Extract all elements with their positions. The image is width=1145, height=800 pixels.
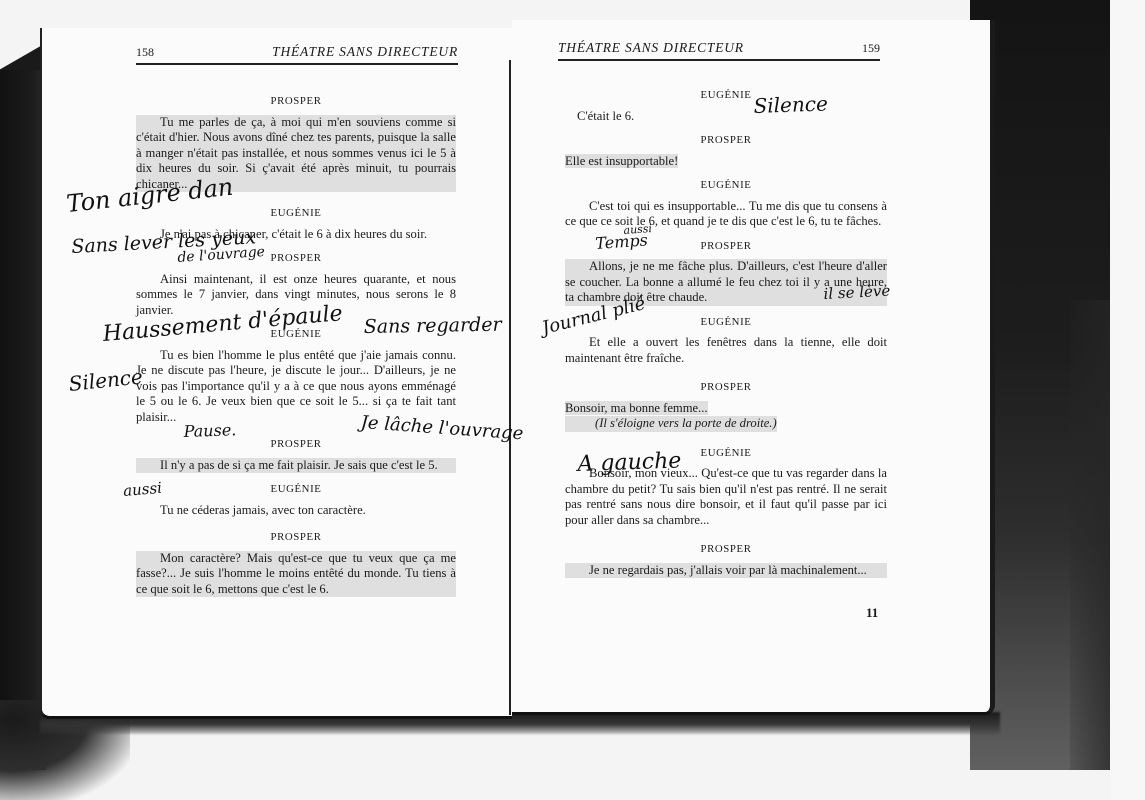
right-folio: 159 [862, 41, 880, 56]
speaker-name: EUGÉNIE [565, 178, 887, 194]
scan-margin-right [1110, 0, 1145, 800]
book-gutter [509, 60, 511, 715]
left-running-title: THÉATRE SANS DIRECTEUR [272, 44, 458, 60]
left-folio: 158 [136, 45, 154, 60]
speech-text: Tu ne céderas jamais, avec ton caractère… [136, 503, 456, 519]
dialogue-block: EUGÉNIE Tu es bien l'homme le plus entêt… [136, 327, 456, 425]
speech-text: Tu es bien l'homme le plus entêté que j'… [136, 348, 456, 426]
speaker-name: PROSPER [136, 530, 456, 546]
right-text-column: EUGÉNIE C'était le 6. PROSPER Elle est i… [565, 82, 887, 587]
speaker-name: EUGÉNIE [565, 88, 887, 104]
dialogue-block: EUGÉNIE C'était le 6. [565, 88, 887, 124]
speech-text: Mon caractère? Mais qu'est-ce que tu veu… [136, 551, 456, 598]
annotation-silence-right: Silence [753, 91, 828, 118]
speaker-name: PROSPER [136, 94, 456, 110]
speech-text-highlight: Elle est insupportable! [565, 154, 678, 168]
speaker-name: PROSPER [565, 133, 887, 149]
speaker-name: PROSPER [565, 380, 887, 396]
speech-text: C'était le 6. [565, 109, 887, 125]
speech-text: Et elle a ouvert les fenêtres dans la ti… [565, 335, 887, 366]
left-text-column: PROSPER Tu me parles de ça, à moi qui m'… [136, 88, 456, 606]
annotation-aussi-right: aussi [623, 222, 652, 237]
speaker-name: PROSPER [565, 542, 887, 558]
dialogue-block: PROSPER Il n'y a pas de si ça me fait pl… [136, 437, 456, 473]
dialogue-block: EUGÉNIE C'est toi qui es insupportable..… [565, 178, 887, 230]
speaker-name: EUGÉNIE [136, 206, 456, 222]
speech-text: Bonsoir, ma bonne femme... [565, 401, 887, 417]
annotation-aussi: aussi [122, 479, 162, 500]
annotation-il-se-leve: il se lève [823, 282, 891, 303]
speech-text: C'est toi qui es insupportable... Tu me … [565, 199, 887, 230]
annotation-pause: Pause. [183, 420, 236, 441]
speech-text: Je ne regardais pas, j'allais voir par l… [565, 563, 887, 579]
sheet-number: 11 [866, 605, 878, 621]
stage-direction: (Il s'éloigne vers la porte de droite.) [565, 416, 777, 432]
speech-text: Elle est insupportable! [565, 154, 887, 170]
dialogue-block: PROSPER Mon caractère? Mais qu'est-ce qu… [136, 530, 456, 597]
dialogue-block: EUGÉNIE Et elle a ouvert les fenêtres da… [565, 315, 887, 367]
dialogue-block: EUGÉNIE Tu ne céderas jamais, avec ton c… [136, 482, 456, 518]
left-running-head: 158 THÉATRE SANS DIRECTEUR [136, 44, 458, 65]
speech-text: Il n'y a pas de si ça me fait plaisir. J… [136, 458, 456, 474]
annotation-sans-regarder: Sans regarder [364, 314, 502, 338]
dialogue-block: PROSPER Elle est insupportable! [565, 133, 887, 169]
stage-direction-line: (Il s'éloigne vers la porte de droite.) [565, 416, 887, 432]
dialogue-block: PROSPER Je ne regardais pas, j'allais vo… [565, 542, 887, 578]
right-running-title: THÉATRE SANS DIRECTEUR [558, 40, 744, 56]
annotation-a-gauche: A gauche [577, 448, 682, 477]
right-running-head: THÉATRE SANS DIRECTEUR 159 [558, 40, 880, 61]
speaker-name: EUGÉNIE [136, 482, 456, 498]
speech-text-highlight: Bonsoir, ma bonne femme... [565, 401, 708, 415]
dialogue-block: PROSPER Bonsoir, ma bonne femme... (Il s… [565, 380, 887, 432]
